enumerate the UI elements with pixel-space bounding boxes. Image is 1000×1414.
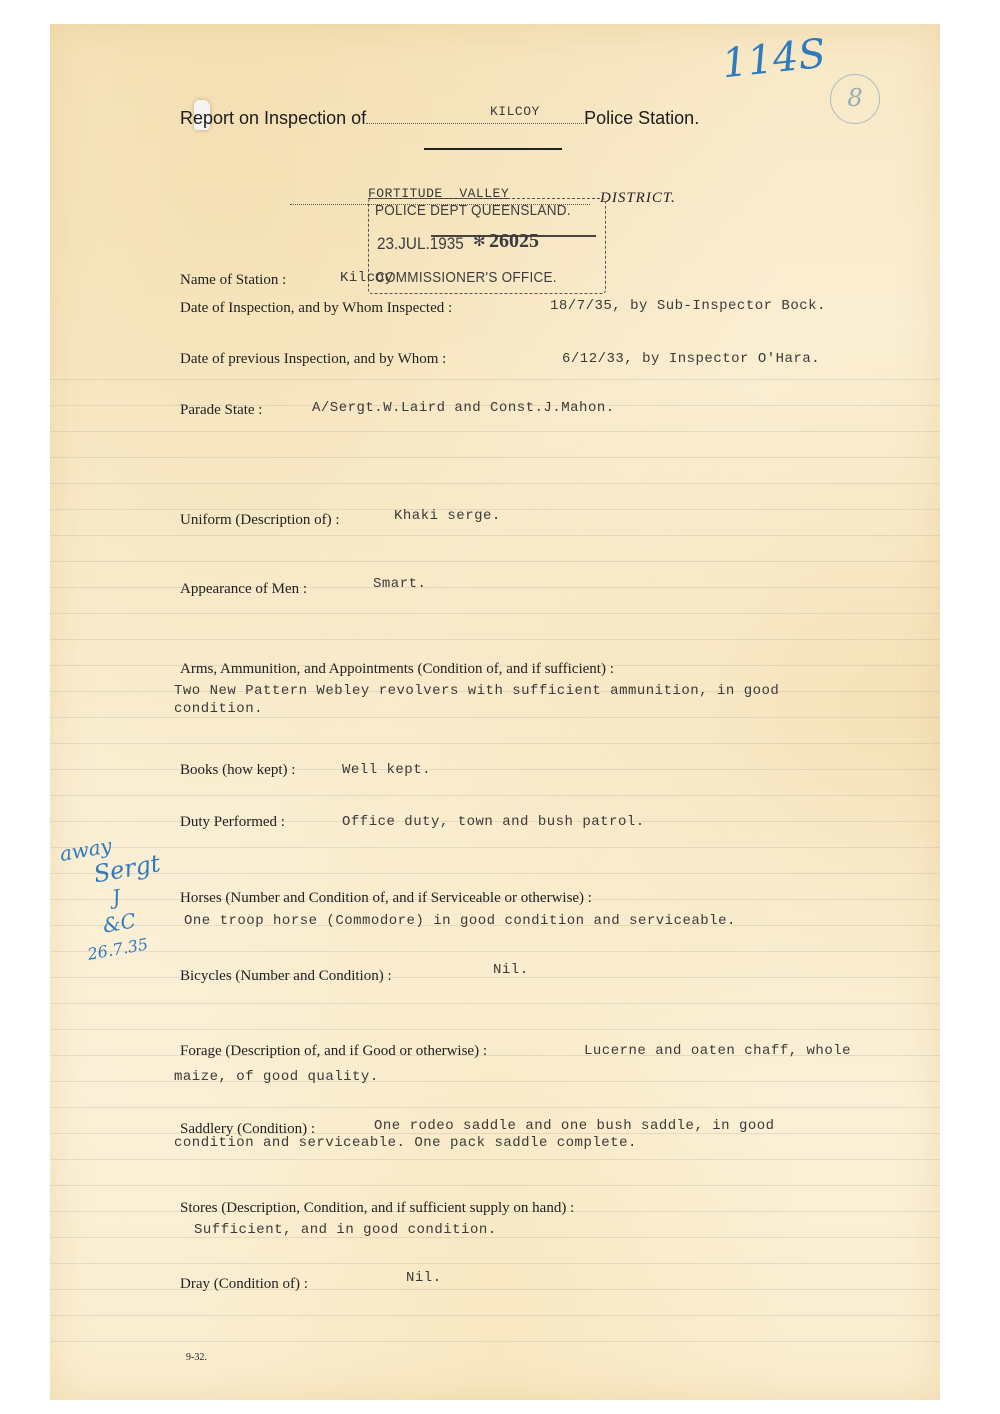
report-title: Report on Inspection ofPolice Station. xyxy=(180,108,699,129)
date-previous-value: 6/12/33, by Inspector O'Hara. xyxy=(562,351,820,367)
books-value: Well kept. xyxy=(342,762,431,778)
appearance-value: Smart. xyxy=(373,576,426,592)
dray-label: Dray (Condition of) : xyxy=(180,1276,308,1293)
date-of-inspection-label: Date of Inspection, and by Whom Inspecte… xyxy=(180,300,452,317)
district-label: DISTRICT. xyxy=(600,190,676,207)
bicycles-label: Bicycles (Number and Condition) : xyxy=(180,968,392,985)
file-number-annotation: 114S xyxy=(720,31,828,88)
name-of-station-label: Name of Station : xyxy=(180,272,286,289)
forage-label: Forage (Description of, and if Good or o… xyxy=(180,1043,487,1060)
horses-label: Horses (Number and Condition of, and if … xyxy=(180,890,592,907)
forage-value-line1: Lucerne and oaten chaff, whole xyxy=(584,1043,851,1059)
horses-value: One troop horse (Commodore) in good cond… xyxy=(184,913,736,929)
margin-note: away Sergt J &C 26.7.35 xyxy=(58,821,199,970)
saddlery-value-line1: One rodeo saddle and one bush saddle, in… xyxy=(374,1118,775,1134)
saddlery-value-line2: condition and serviceable. One pack sadd… xyxy=(174,1135,637,1151)
uniform-value: Khaki serge. xyxy=(394,508,501,524)
form-code: 9-32. xyxy=(186,1352,207,1363)
stores-value: Sufficient, and in good condition. xyxy=(194,1222,497,1238)
forage-value-line2: maize, of good quality. xyxy=(174,1069,379,1085)
dray-value: Nil. xyxy=(406,1270,442,1286)
date-of-inspection-value: 18/7/35, by Sub-Inspector Bock. xyxy=(550,298,826,314)
appearance-label: Appearance of Men : xyxy=(180,581,307,598)
name-of-station-value: Kilcoy xyxy=(340,270,393,286)
parade-state-value: A/Sergt.W.Laird and Const.J.Mahon. xyxy=(312,400,615,416)
duty-label: Duty Performed : xyxy=(180,814,285,831)
stores-label: Stores (Description, Condition, and if s… xyxy=(180,1200,574,1217)
station-name-typed: KILCOY xyxy=(490,104,540,119)
arms-value-line1: Two New Pattern Webley revolvers with su… xyxy=(174,683,779,699)
parade-state-label: Parade State : xyxy=(180,402,262,419)
title-underline xyxy=(424,148,562,150)
books-label: Books (how kept) : xyxy=(180,762,295,779)
bicycles-value: Nil. xyxy=(493,962,529,978)
circled-number-annotation: 8 xyxy=(830,74,880,124)
uniform-label: Uniform (Description of) : xyxy=(180,512,340,529)
received-stamp: POLICE DEPT QUEENSLAND. 23.JUL.1935 ✻ 26… xyxy=(368,198,606,294)
stamp-star-icon: ✻ xyxy=(473,232,486,250)
duty-value: Office duty, town and bush patrol. xyxy=(342,814,645,830)
date-previous-label: Date of previous Inspection, and by Whom… xyxy=(180,351,446,368)
arms-value-line2: condition. xyxy=(174,701,263,717)
document-page: 114S 8 Report on Inspection ofPolice Sta… xyxy=(50,24,940,1400)
arms-label: Arms, Ammunition, and Appointments (Cond… xyxy=(180,661,614,678)
